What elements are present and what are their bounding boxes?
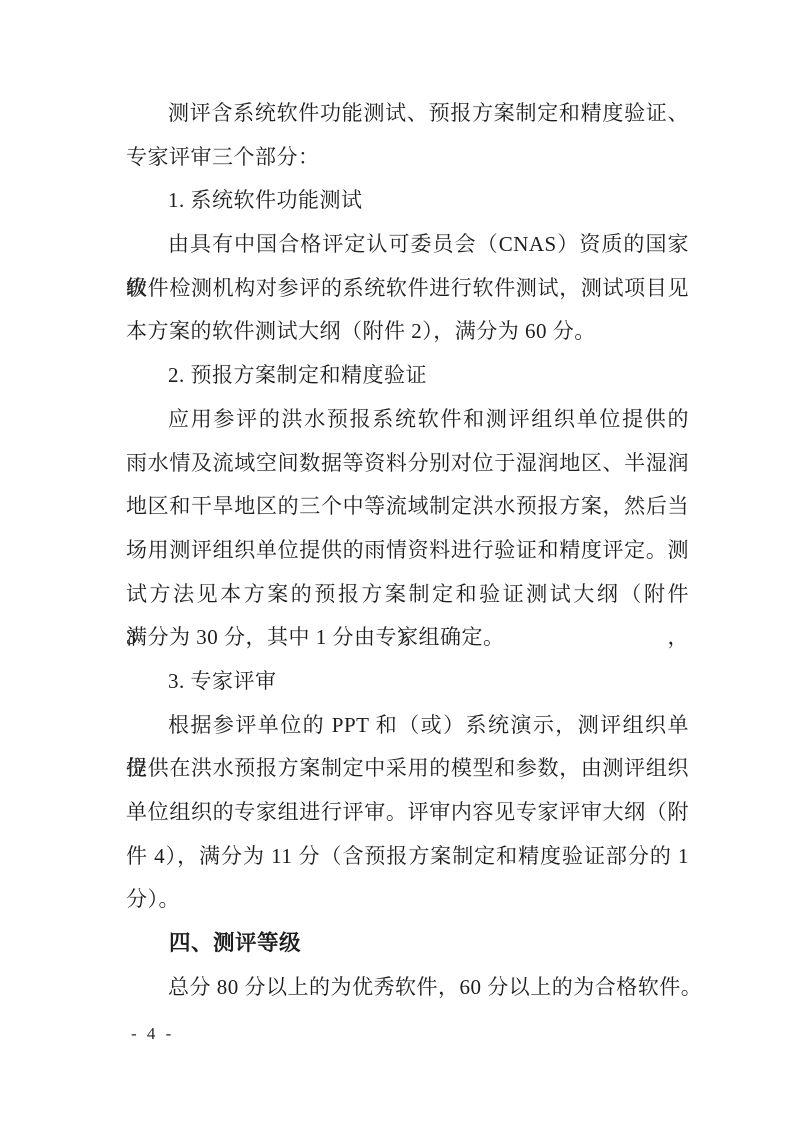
- text-line: 专家评审三个部分：: [126, 136, 689, 180]
- text-line: 件 4），满分为 11 分（含预报方案制定和精度验证部分的 1: [126, 835, 689, 879]
- text-line: 提供在洪水预报方案制定中采用的模型和参数，由测评组织: [126, 747, 689, 791]
- text-line: 本方案的软件测试大纲（附件 2），满分为 60 分。: [126, 310, 689, 354]
- paragraph: 测评含系统软件功能测试、预报方案制定和精度验证、专家评审三个部分：: [126, 92, 689, 179]
- text-line: 场用测评组织单位提供的雨情资料进行验证和精度评定。测: [126, 529, 689, 573]
- section-heading: 四、测评等级: [126, 922, 689, 966]
- text-line: 根据参评单位的 PPT 和（或）系统演示，测评组织单位: [126, 704, 689, 748]
- document-page: 测评含系统软件功能测试、预报方案制定和精度验证、专家评审三个部分：1. 系统软件…: [0, 0, 800, 1131]
- paragraph: 由具有中国合格评定认可委员会（CNAS）资质的国家级软件检测机构对参评的系统软件…: [126, 223, 689, 354]
- text-line: 分）。: [126, 878, 689, 922]
- document-body: 测评含系统软件功能测试、预报方案制定和精度验证、专家评审三个部分：1. 系统软件…: [126, 92, 689, 1009]
- text-line: 应用参评的洪水预报系统软件和测评组织单位提供的: [126, 398, 689, 442]
- sub-heading: 1. 系统软件功能测试: [126, 179, 689, 223]
- paragraph: 应用参评的洪水预报系统软件和测评组织单位提供的雨水情及流域空间数据等资料分别对位…: [126, 398, 689, 660]
- text-line: 试方法见本方案的预报方案制定和验证测试大纲（附件 3），: [126, 573, 689, 617]
- text-line: 由具有中国合格评定认可委员会（CNAS）资质的国家级: [126, 223, 689, 267]
- sub-heading: 2. 预报方案制定和精度验证: [126, 354, 689, 398]
- paragraph: 根据参评单位的 PPT 和（或）系统演示，测评组织单位提供在洪水预报方案制定中采…: [126, 704, 689, 922]
- sub-heading: 3. 专家评审: [126, 660, 689, 704]
- text-line: 3. 专家评审: [126, 660, 689, 704]
- paragraph: 总分 80 分以上的为优秀软件，60 分以上的为合格软件。: [126, 966, 689, 1010]
- text-line: 2. 预报方案制定和精度验证: [126, 354, 689, 398]
- text-line: 四、测评等级: [126, 922, 689, 966]
- text-line: 测评含系统软件功能测试、预报方案制定和精度验证、: [126, 92, 689, 136]
- text-line: 地区和干旱地区的三个中等流域制定洪水预报方案，然后当: [126, 485, 689, 529]
- text-line: 雨水情及流域空间数据等资料分别对位于湿润地区、半湿润: [126, 442, 689, 486]
- text-line: 总分 80 分以上的为优秀软件，60 分以上的为合格软件。: [126, 966, 689, 1010]
- text-line: 1. 系统软件功能测试: [126, 179, 689, 223]
- text-line: 单位组织的专家组进行评审。评审内容见专家评审大纲（附: [126, 791, 689, 835]
- text-line: 软件检测机构对参评的系统软件进行软件测试，测试项目见: [126, 267, 689, 311]
- page-number: - 4 -: [131, 1024, 174, 1044]
